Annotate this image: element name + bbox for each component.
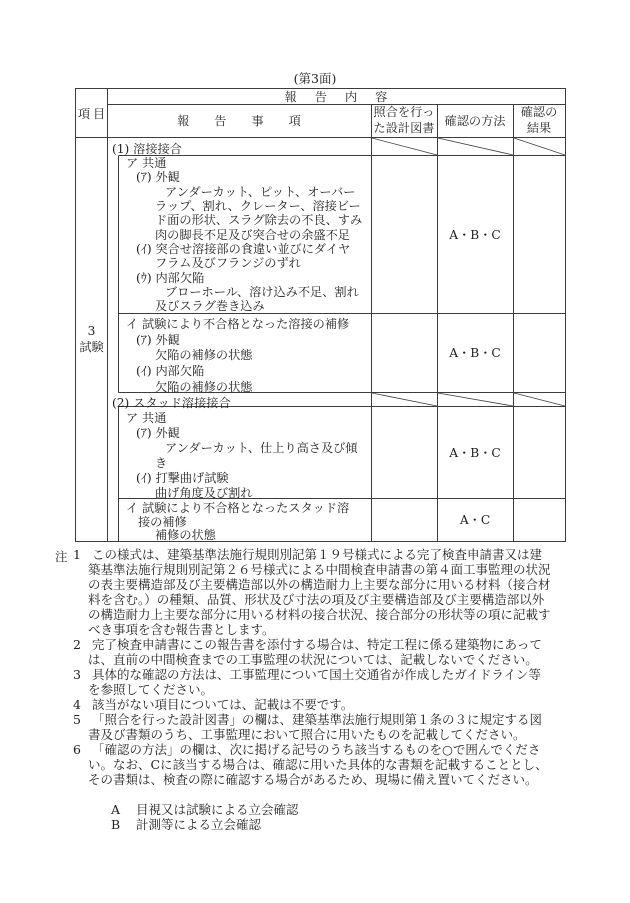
note-text: この様式は、建築基準法施行規則別記第１９号様式による完了検査申請書又は建 築基準…	[88, 547, 551, 637]
col-header-confirm-method: 確認の方法	[437, 104, 513, 137]
note-number: 6	[73, 742, 81, 757]
note-text: 「確認の方法」の欄は、次に掲げる記号のうち該当するものを○で囲んでくださ い。な…	[88, 742, 548, 787]
note-number: 1	[73, 547, 81, 562]
note-item-3: 3 具体的な確認の方法は、工事監理について国土交通省が作成したガイドライン等 を…	[73, 667, 541, 697]
note-number: 5	[73, 712, 81, 727]
report-table: 項目 報告内容 報告事項 照合を行っ た設計図書 確認の方法 確認の 結果 3 …	[75, 88, 566, 542]
note-number: 3	[73, 667, 81, 682]
note-text: 具体的な確認の方法は、工事監理について国土交通省が作成したガイドライン等 を参照…	[88, 667, 541, 697]
note-item-5: 5 「照合を行った設計図書」の欄は、建築基準法施行規則第１条の３に規定する図 書…	[73, 712, 542, 742]
col-header-report-content: 報告内容	[107, 89, 565, 104]
note-number: 4	[73, 697, 81, 712]
notes-label: 注	[55, 547, 68, 565]
method-cell-3: A・B・C	[437, 406, 513, 498]
method-cell-4: A・C	[437, 498, 513, 541]
legend-label: B	[111, 817, 136, 832]
section-2-title: (2) スタッド溶接接合	[112, 394, 231, 411]
item-cell: 3 試験	[76, 137, 107, 541]
col-header-checked-drawings: 照合を行っ た設計図書	[371, 104, 437, 137]
note-item-4: 4 該当がない項目については、記載は不要です。	[73, 697, 353, 712]
section-1-title: (1) 溶接接合	[112, 140, 182, 157]
legend-item-b: B計測等による立会確認	[103, 802, 261, 832]
note-text: 完了検査申請書にこの報告書を添付する場合は、特定工程に係る建築物にあって は、直…	[88, 637, 542, 667]
note-item-1: 1 この様式は、建築基準法施行規則別記第１９号様式による完了検査申請書又は建 築…	[73, 547, 551, 637]
legend-text: 計測等による立会確認	[136, 817, 261, 832]
method-cell-2: A・B・C	[437, 313, 513, 392]
method-cell-1: A・B・C	[437, 155, 513, 313]
note-item-2: 2 完了検査申請書にこの報告書を添付する場合は、特定工程に係る建築物にあって は…	[73, 637, 542, 667]
col-header-confirm-result: 確認の 結果	[513, 104, 565, 137]
col-header-report-matters: 報告事項	[107, 104, 371, 137]
col-header-report-content-label: 報告内容	[285, 88, 406, 105]
note-number: 2	[73, 637, 81, 652]
col-header-item: 項目	[76, 89, 107, 137]
page-title: (第3面)	[0, 69, 630, 87]
note-text: 該当がない項目については、記載は不要です。	[88, 697, 353, 712]
note-text: 「照合を行った設計図書」の欄は、建築基準法施行規則第１条の３に規定する図 書及び…	[88, 712, 542, 742]
note-item-6: 6 「確認の方法」の欄は、次に掲げる記号のうち該当するものを○で囲んでくださ い…	[73, 742, 548, 787]
col-header-report-matters-label: 報告事項	[177, 112, 326, 129]
col-header-item-label: 項目	[78, 105, 108, 122]
